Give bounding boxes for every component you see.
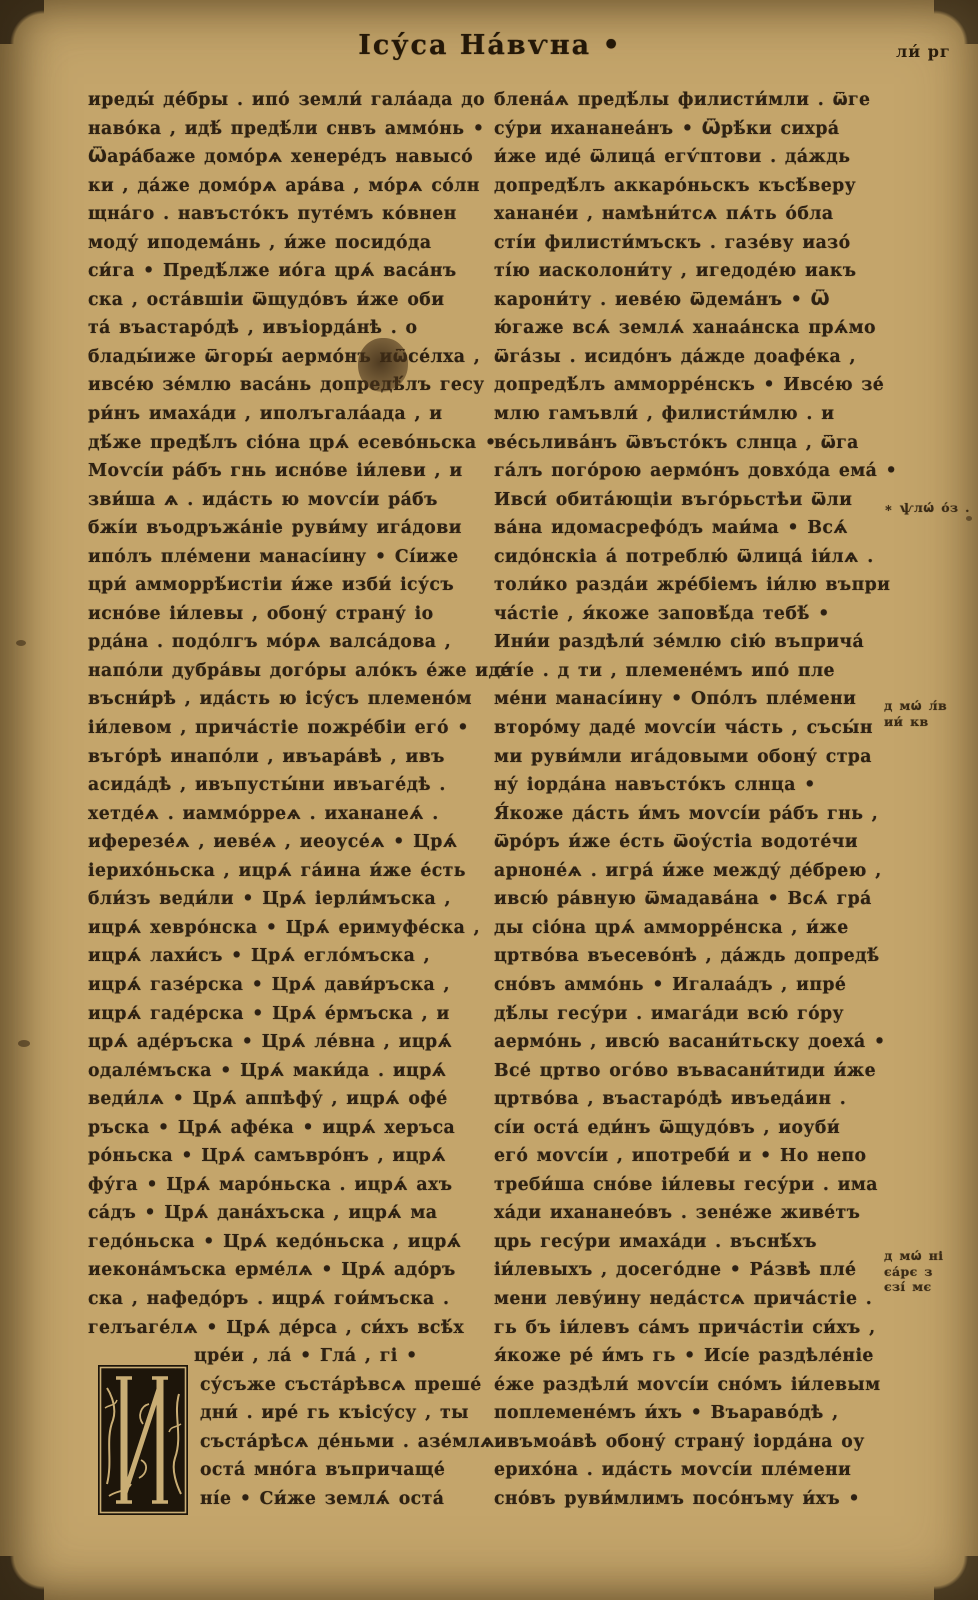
text-line: сидо́нскіа а́ потреблю́ ѿлица́ іи́лѧ . [494,543,894,572]
text-line: ицрѧ́ гаде́рска • Црѧ́ е́рмъска , и [88,1000,484,1029]
text-line: дни́ . ире́ гь къісу́су , ты [200,1399,484,1428]
text-line: ті́ю иасколони́ту , игедоде́ю иакъ [494,257,894,286]
text-line: црь гесу́ри имаха́ди . въснѣ́хъ [494,1228,894,1257]
text-line: сно́въ руви́млимъ посо́нъму и́хъ • [494,1485,894,1514]
scan-corner-bottom-right [934,1556,978,1600]
text-line: іерихо́ньска , ицрѧ́ га́ина и́же е́сть [88,857,484,886]
text-line: д мѡ́ ні [884,1248,978,1264]
text-line: ии́ кв [884,714,978,730]
text-line: су́съже съста́рѣвсѧ преше́ [200,1371,484,1400]
text-line: єа́рє з [884,1264,978,1280]
scan-corner-top-left [0,0,44,44]
text-line: карони́ту . иеве́ю ѿдема́нъ • Ѿ [494,286,894,315]
text-line: блена́ѧ предѣ́лы филисти́мли . ѿге [494,86,894,115]
text-line: хетде́ѧ . иаммо́рреѧ . ихананеѧ́ . [88,800,484,829]
chapter-heading-line: цре́и , ла́ • Гла́ , гі • [194,1342,484,1371]
text-line: ивсе́ю зе́млю васа́нь допредѣ́лъ гесу [88,371,484,400]
ink-speck [18,1040,30,1047]
text-line: сі́и оста́ еди́нъ ѿщудо́въ , иоуби́ [494,1114,894,1143]
text-line: ицрѧ́ хевро́нска • Црѧ́ еримуфе́ска , [88,914,484,943]
text-line: мени леву́ину неда́стсѧ прича́стіе . [494,1285,894,1314]
text-line: иферезе́ѧ , иеве́ѧ , иеоусе́ѧ • Црѧ́ [88,828,484,857]
text-line: іи́левыхъ , досего́дне • Ра́звѣ пле́ [494,1256,894,1285]
text-line: ки , да́же домо́рѧ ара́ва , мо́рѧ со́лн [88,172,484,201]
text-line: гелъаге́лѧ • Црѧ́ де́рса , си́хъ всѣ́х [88,1314,484,1343]
text-line: Все́ цртво ого́во въвасани́тиди и́же [494,1057,894,1086]
text-line: сно́въ аммо́нь • Игалаа́дъ , ипре́ [494,971,894,1000]
text-line: ѿро́ръ и́же е́сть ѿоу́стіа водоте́чи [494,828,894,857]
text-line: и́же иде́ ѿлица́ егѵ́птови . да́ждь [494,143,894,172]
text-line: гь бъ іи́левъ са́мъ прича́стіи си́хъ , [494,1314,894,1343]
marginal-note-cross-ref: д мѡ́ нієа́рє зєзі́ мє [884,1248,978,1295]
text-line: ро́ньска • Црѧ́ самъвро́нъ , ицрѧ́ [88,1142,484,1171]
text-line: Ѿара́баже домо́рѧ хенере́дъ навысо́ [88,143,484,172]
text-line: ивъмоа́вѣ обону́ страну́ іорда́на оу [494,1428,894,1457]
text-line: ръска • Црѧ́ афе́ка • ицрѧ́ херъса [88,1114,484,1143]
text-line: ри́нъ имаха́ди , иполъгала́ада , и [88,400,484,429]
text-line: млю гамъвли́ , филисти́млю . и [494,400,894,429]
text-line: оста́ мно́га въпричаще́ [200,1456,484,1485]
text-line: ицрѧ́ лахи́съ • Црѧ́ егло́мъска , [88,942,484,971]
text-line: та́ въастаро́дѣ , ивъіорда́нѣ . о [88,314,484,343]
text-line: си́га • Предѣ́лже ио́га црѧ́ васа́нъ [88,257,484,286]
text-line: бжі́и въодръжа́ніе руви́му ига́дови [88,514,484,543]
text-line: асида́дѣ , ивъпусты́ни ивъаге́дѣ . [88,771,484,800]
book-page: Ісу́са На́вѵна • ли́ рг иреды́ де́бры . … [0,0,978,1600]
text-line: допредѣ́лъ аккаро́ньскъ късѣ́веру [494,172,894,201]
text-line: зви́ша ѧ . ида́сть ю моѵсі́и ра́бъ [88,486,484,515]
text-line: ну́ іорда́на навъсто́къ слнца • [494,771,894,800]
text-line: гедо́ньска • Црѧ́ кедо́ньска , ицрѧ́ [88,1228,484,1257]
text-line: дѣ́же предѣ́лъ сіо́на црѧ́ есево́ньска • [88,429,484,458]
text-line: цртво́ва въесево́нѣ , да́ждь допредѣ́ [494,942,894,971]
text-line: поплемене́мъ и́хъ • Въараво́дѣ , [494,1399,894,1428]
text-line: въсни́рѣ , ида́сть ю ісу́съ племено́м [88,685,484,714]
text-line: іи́левом , прича́стіе пожре́біи его́ • [88,714,484,743]
marginal-note-numbers-ref: д мѡ́ л́вии́ кв [884,698,978,729]
text-line: аермо́нь , ивсю́ васани́тьску доеха́ • [494,1028,894,1057]
text-line: сті́и филисти́мъскъ . газе́ву иазо́ [494,229,894,258]
running-title: Ісу́са На́вѵна • [90,30,890,61]
text-line: ивсю́ ра́вную ѿмадава́на • Всѧ́ гра́ [494,885,894,914]
text-line: цртво́ва , въастаро́дѣ ивъеда́ин . [494,1085,894,1114]
text-line: второ́му даде́ моѵсі́и ча́сть , съсы́н [494,714,894,743]
text-column-right: блена́ѧ предѣ́лы филисти́мли . ѿгесу́ри … [494,86,894,1513]
text-line: ∗ ѱлѡ́ о́з . [884,500,978,516]
text-line: блады́иже ѿгоры́ аермо́нъ иѿсе́лха , [88,343,484,372]
text-line: са́дъ • Црѧ́ дана́хъска , ицрѧ́ ма [88,1199,484,1228]
text-line: бли́зъ веди́ли • Црѧ́ іерли́мъска , [88,885,484,914]
text-line: Ини́и раздѣли́ зе́млю сію́ въприча́ [494,628,894,657]
text-line: ипо́лъ пле́мени манасі́ину • Сі́иже [88,543,484,572]
ink-speck [16,640,26,646]
text-line: ска , оста́вшіи ѿщудо́въ и́же оби [88,286,484,315]
text-line: исно́ве іи́левы , обону́ страну́ іо [88,600,484,629]
text-line: д мѡ́ л́в [884,698,978,714]
text-line: цри́ амморрѣ́истіи и́же изби́ ісу́съ [88,571,484,600]
text-line: ве́сьлива́нъ ѿвъсто́къ слнца , ѿга [494,429,894,458]
text-column-left: иреды́ де́бры . ипо́ земли́ гала́ада дон… [88,86,484,1513]
text-line: Ивси́ обита́ющіи въго́рьстѣи ѿли [494,486,894,515]
text-line: арноне́ѧ . игра́ и́же между́ де́брею , [494,857,894,886]
ink-speck [966,516,972,521]
text-line: ча́стіе , я́коже заповѣ́да тебѣ́ • [494,600,894,629]
text-line: ва́на идомасрефо́дъ маи́ма • Всѧ́ [494,514,894,543]
text-line: одале́мъска • Црѧ́ маки́да . ицрѧ́ [88,1057,484,1086]
right-column-lines: блена́ѧ предѣ́лы филисти́мли . ѿгесу́ри … [494,86,894,1513]
text-line: моду́ иподема́нь , и́же посидо́да [88,229,484,258]
text-line: его́ моѵсі́и , ипотреби́ и • Но непо [494,1142,894,1171]
text-line: ханане́и , намѣни́тсѧ пѧ́ть о́бла [494,200,894,229]
text-line: иекона́мъска ерме́лѧ • Црѧ́ адо́ръ [88,1256,484,1285]
text-line: црѧ́ аде́ръска • Црѧ́ ле́вна , ицрѧ́ [88,1028,484,1057]
text-line: ха́ди ихананео́въ . зене́же живе́тъ [494,1199,894,1228]
text-line: ска , нафедо́ръ . ицрѧ́ гои́мъска . [88,1285,484,1314]
text-line: ерихо́на . ида́сть моѵсі́и пле́мени [494,1456,894,1485]
text-line: допредѣ́лъ амморре́нскъ • Ивсе́ю зе́ [494,371,894,400]
text-line: Моѵсі́и ра́бъ гнь исно́ве іи́леви , и [88,457,484,486]
text-line: ицрѧ́ газе́рска • Црѧ́ дави́ръска , [88,971,484,1000]
folio-number: ли́ рг [896,42,951,61]
text-line: треби́ша сно́ве іи́левы гесу́ри . има [494,1171,894,1200]
text-line: щна́го . навъсто́къ путе́мъ ко́внен [88,200,484,229]
text-line: рда́на . подо́лгъ мо́рѧ валса́дова , [88,628,484,657]
text-line: ні́е • Си́же землѧ́ оста́ [200,1485,484,1514]
woodcut-initial-И [97,1364,189,1516]
text-line: ми руви́мли ига́довыми обону́ стра [494,743,894,772]
text-line: єзі́ мє [884,1279,978,1295]
text-line: ме́ни манасі́ину • Опо́лъ пле́мени [494,685,894,714]
text-line: я́коже ре́ и́мъ гь • Исі́е раздѣле́ніе [494,1342,894,1371]
scan-corner-bottom-left [0,1556,44,1600]
text-line: иреды́ де́бры . ипо́ земли́ гала́ада до [88,86,484,115]
scan-corner-top-right [934,0,978,44]
text-line: толи́ко разда́и жре́біемъ іи́лю въпри [494,571,894,600]
text-line: наво́ка , идѣ́ предѣ́ли снвъ аммо́нь • [88,115,484,144]
text-line: напо́ли дубра́вы дого́ры ало́къ е́же иде… [88,657,484,686]
text-line: ды сіо́на црѧ́ амморре́нска , и́же [494,914,894,943]
text-line: га́лъ пого́рою аермо́нъ довхо́да ема́ • [494,457,894,486]
marginal-note-psalm-ref: ∗ ѱлѡ́ о́з . [884,500,978,516]
text-line: въго́рѣ инапо́ли , ивъара́вѣ , ивъ [88,743,484,772]
ink-blot [358,338,408,392]
woodcut-initial-art [97,1364,189,1516]
text-line: ѿга́зы . исидо́нъ да́жде доафе́ка , [494,343,894,372]
text-line: е́же раздѣли́ моѵсі́и сно́мъ іи́левым [494,1371,894,1400]
text-line: дѣ́лы гесу́ри . имага́ди всю́ го́ру [494,1000,894,1029]
text-line: ю́гаже всѧ́ землѧ́ ханаа́нска прѧ́мо [494,314,894,343]
text-line: Я́коже да́сть и́мъ моѵсі́и ра́бъ гнь , [494,800,894,829]
text-line: веди́лѧ • Црѧ́ аппѣфу́ , ицрѧ́ офе́ [88,1085,484,1114]
text-line: су́ри ихананеа́нъ • Ѿрѣ́ки сихра́ [494,115,894,144]
text-line: съста́рѣсѧ де́ньми . азе́млѧ [200,1428,484,1457]
left-column-lines: иреды́ де́бры . ипо́ земли́ гала́ада дон… [88,86,484,1342]
text-line: сті́е . д ти , племене́мъ ипо́ пле [494,657,894,686]
text-line: фу́га • Црѧ́ маро́ньска . ицрѧ́ ахъ [88,1171,484,1200]
